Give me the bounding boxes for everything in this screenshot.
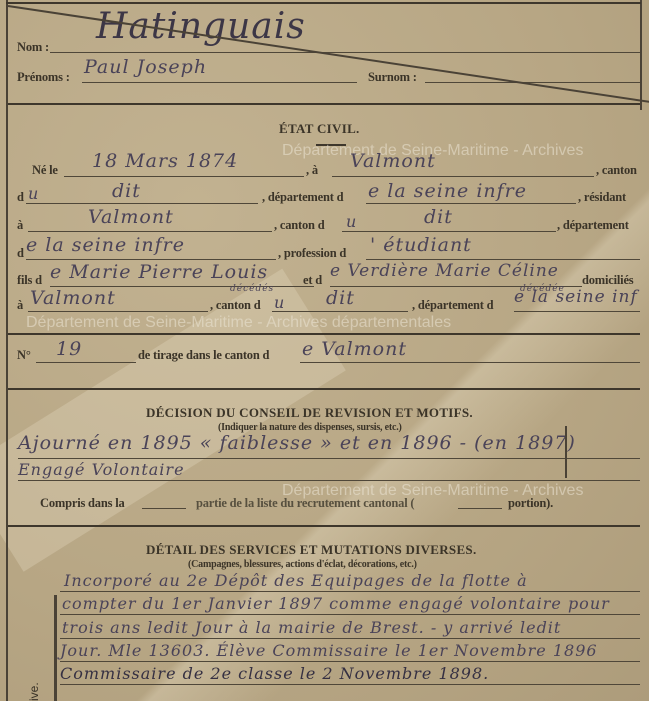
domicile-underline xyxy=(28,311,208,312)
service-line-3 xyxy=(60,638,640,639)
departement-naissance-underline xyxy=(366,203,576,204)
decision-title: DÉCISION DU CONSEIL DE REVISION ET MOTIF… xyxy=(146,405,473,421)
departement-residence-underline xyxy=(26,259,276,260)
canton-naissance-value: dit xyxy=(112,180,141,202)
residence-underline xyxy=(28,231,272,232)
service-text-3: trois ans ledit Jour à la mairie de Bres… xyxy=(62,618,561,637)
no-label: N° xyxy=(17,348,31,363)
canton-residence-value: dit xyxy=(424,206,453,228)
lieu-underline xyxy=(332,176,594,177)
decision-divider xyxy=(8,525,640,527)
services-subtitle: (Campagnes, blessures, actions d'éclat, … xyxy=(188,559,417,570)
et-label: et d xyxy=(303,273,322,288)
decision-bracket xyxy=(565,426,567,478)
service-line-5 xyxy=(60,684,640,685)
canton-parents-value: dit xyxy=(326,287,355,309)
canton-tirage-underline xyxy=(300,362,640,363)
pere-value: e Marie Pierre Louis xyxy=(50,261,268,283)
decision-line-2 xyxy=(18,480,640,481)
nom-label: Nom : xyxy=(17,40,49,55)
d2-label: d xyxy=(17,246,24,261)
prenoms-underline xyxy=(82,82,357,83)
birth-place-value: Valmont xyxy=(350,150,436,172)
nom-underline xyxy=(50,52,640,53)
tirage-divider xyxy=(8,388,640,390)
decision-line-1 xyxy=(18,458,640,459)
service-text-4: Jour. Mle 13603. Élève Commissaire le 1e… xyxy=(60,641,598,660)
inner-margin-line xyxy=(54,595,57,701)
service-text-5: Commissaire de 2e classe le 2 Novembre 1… xyxy=(60,664,489,683)
etat-civil-title: ÉTAT CIVIL. xyxy=(279,121,360,137)
header-divider xyxy=(8,103,640,105)
portion-label: portion). xyxy=(508,496,553,511)
departement2-label: , département xyxy=(557,218,629,233)
service-line-4 xyxy=(60,661,640,662)
profession-label: , profession d xyxy=(278,246,346,261)
d1-label: d xyxy=(17,190,24,205)
departement-residence-value: e la seine infre xyxy=(26,234,185,256)
ne-le-label: Né le xyxy=(32,163,58,178)
left-border-line xyxy=(6,0,8,701)
nom-value: Hatinguais xyxy=(96,6,306,47)
profession-underline xyxy=(366,259,640,260)
ne-le-underline xyxy=(64,176,304,177)
departement-label: , département d xyxy=(262,190,343,205)
departement-naissance-value: e la seine infre xyxy=(368,180,527,202)
margin-side-text: ive. xyxy=(27,682,41,701)
service-text-1: Incorporé au 2e Dépôt des Equipages de l… xyxy=(64,571,528,590)
a-label: , à xyxy=(306,163,318,178)
services-title: DÉTAIL DES SERVICES ET MUTATIONS DIVERSE… xyxy=(146,542,477,558)
canton-label: , canton xyxy=(596,163,637,178)
domicile-parents-value: Valmont xyxy=(30,287,116,309)
top-border-line xyxy=(6,2,641,4)
surnom-label: Surnom : xyxy=(368,70,417,85)
numero-value: 19 xyxy=(56,338,82,360)
canton-residence-prefix: u xyxy=(346,212,357,231)
mere-value: e Verdière Marie Céline xyxy=(330,261,559,281)
departement-parents-value: e la seine inf xyxy=(514,287,638,307)
canton3-label: , canton d xyxy=(210,298,260,313)
numero-underline xyxy=(36,362,136,363)
etat-civil-divider xyxy=(8,333,640,335)
birth-date-value: 18 Mars 1874 xyxy=(92,150,238,172)
domicilies-label: domiciliés xyxy=(582,273,633,288)
watermark-2: Département de Seine-Maritime - Archives… xyxy=(26,314,451,332)
service-text-2: compter du 1er Janvier 1897 comme engagé… xyxy=(62,594,610,613)
residence-value: Valmont xyxy=(88,206,174,228)
decision-text-2: Engagé Volontaire xyxy=(18,460,185,479)
profession-value: ' étudiant xyxy=(370,234,472,256)
a2-label: à xyxy=(17,218,23,233)
a3-label: à xyxy=(17,298,23,313)
right-border-line xyxy=(640,0,642,110)
decision-text-1: Ajourné en 1895 « faiblesse » et en 1896… xyxy=(18,432,576,454)
prenoms-label: Prénoms : xyxy=(17,70,70,85)
canton-parents-annotation: décédés xyxy=(230,284,274,294)
residant-label: , résidant xyxy=(578,190,626,205)
portion-blank xyxy=(458,508,502,509)
fils-label: fils d xyxy=(17,273,42,288)
canton-naissance-prefix: u xyxy=(28,184,39,203)
compris-partie-blank xyxy=(142,508,186,509)
prenoms-value: Paul Joseph xyxy=(84,56,207,78)
canton-parents-underline xyxy=(272,311,408,312)
compris-label: Compris dans la xyxy=(40,496,125,511)
canton-tirage-value: e Valmont xyxy=(302,338,407,360)
departement3-label: , département d xyxy=(412,298,493,313)
canton-parents-prefix: u xyxy=(274,293,285,312)
tirage-label: de tirage dans le canton d xyxy=(138,348,269,363)
canton-naissance-underline xyxy=(26,203,258,204)
canton2-label: , canton d xyxy=(274,218,324,233)
canton-residence-underline xyxy=(342,231,556,232)
departement-parents-underline xyxy=(514,311,640,312)
service-line-2 xyxy=(60,614,640,615)
service-line-1 xyxy=(60,591,640,592)
partie-label: partie de la liste du recrutement canton… xyxy=(196,496,414,511)
